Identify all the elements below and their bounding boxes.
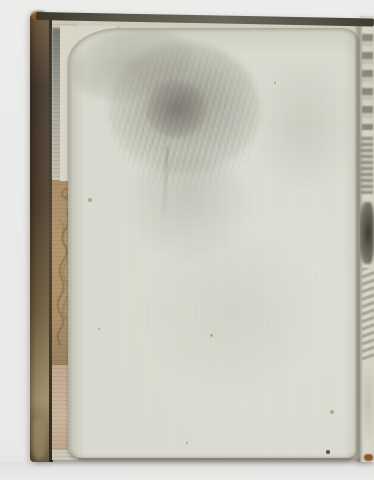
pencil-hatching-fragment [362, 268, 374, 360]
graphite-smudge-faint-middle [148, 236, 320, 388]
foxing-spot [186, 442, 188, 444]
foxing-spot [210, 334, 213, 337]
ink-speck [326, 450, 330, 454]
graphite-smudge-faint-right [258, 64, 350, 186]
sketchbook [30, 12, 374, 462]
blank-sketchbook-page [68, 28, 358, 458]
pencil-sketch-fragment [362, 34, 373, 130]
foxing-spot [330, 410, 334, 414]
leather-spine [30, 14, 50, 462]
foxing-spot [274, 82, 276, 84]
gutter-shadow [354, 20, 363, 462]
pencil-sketch-faint-fragment [363, 364, 373, 442]
photo-backdrop [0, 0, 374, 480]
foxing-spot [88, 198, 92, 202]
page-edge-stain [364, 454, 373, 461]
foxing-spot [98, 328, 100, 330]
